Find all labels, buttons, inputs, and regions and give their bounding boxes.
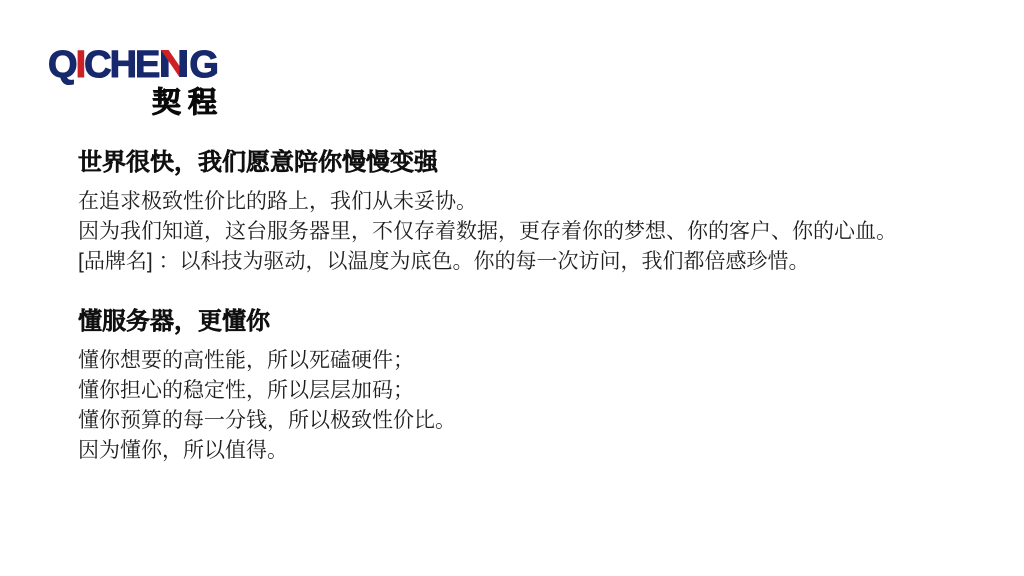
logo-letter-g: G — [189, 44, 217, 86]
logo-letter-i: I — [76, 44, 85, 86]
logo-letter-n-icon — [158, 44, 189, 86]
logo-letter-q: Q — [48, 44, 76, 86]
qicheng-logo: QICHEG 契程 — [48, 46, 217, 118]
logo-letter-c: C — [84, 44, 109, 86]
section-1-line-2: 因为我们知道，这台服务器里，不仅存着数据，更存着你的梦想、你的客户、你的心血。 — [78, 217, 998, 247]
logo-wordmark: QICHEG — [48, 46, 217, 84]
page: QICHEG 契程 世界很快，我们愿意陪你慢慢变强 在追求极致性价比的路上，我们… — [0, 0, 1024, 576]
copy-content: 世界很快，我们愿意陪你慢慢变强 在追求极致性价比的路上，我们从未妥协。 因为我们… — [78, 148, 998, 466]
logo-letter-h: H — [110, 44, 135, 86]
logo-chinese-name: 契程 — [152, 89, 224, 118]
section-2-line-2: 懂你担心的稳定性，所以层层加码； — [78, 376, 998, 406]
section-1-line-3: [品牌名] ：以科技为驱动，以温度为底色。你的每一次访问，我们都倍感珍惜。 — [78, 247, 998, 277]
section-heading-1: 世界很快，我们愿意陪你慢慢变强 — [78, 148, 998, 178]
section-2-line-1: 懂你想要的高性能，所以死磕硬件； — [78, 346, 998, 376]
section-2-line-3: 懂你预算的每一分钱，所以极致性价比。 — [78, 406, 998, 436]
logo-letter-e: E — [135, 44, 158, 86]
section-1-line-1: 在追求极致性价比的路上，我们从未妥协。 — [78, 187, 998, 217]
section-heading-2: 懂服务器，更懂你 — [78, 307, 998, 337]
section-2-line-4: 因为懂你，所以值得。 — [78, 436, 998, 466]
